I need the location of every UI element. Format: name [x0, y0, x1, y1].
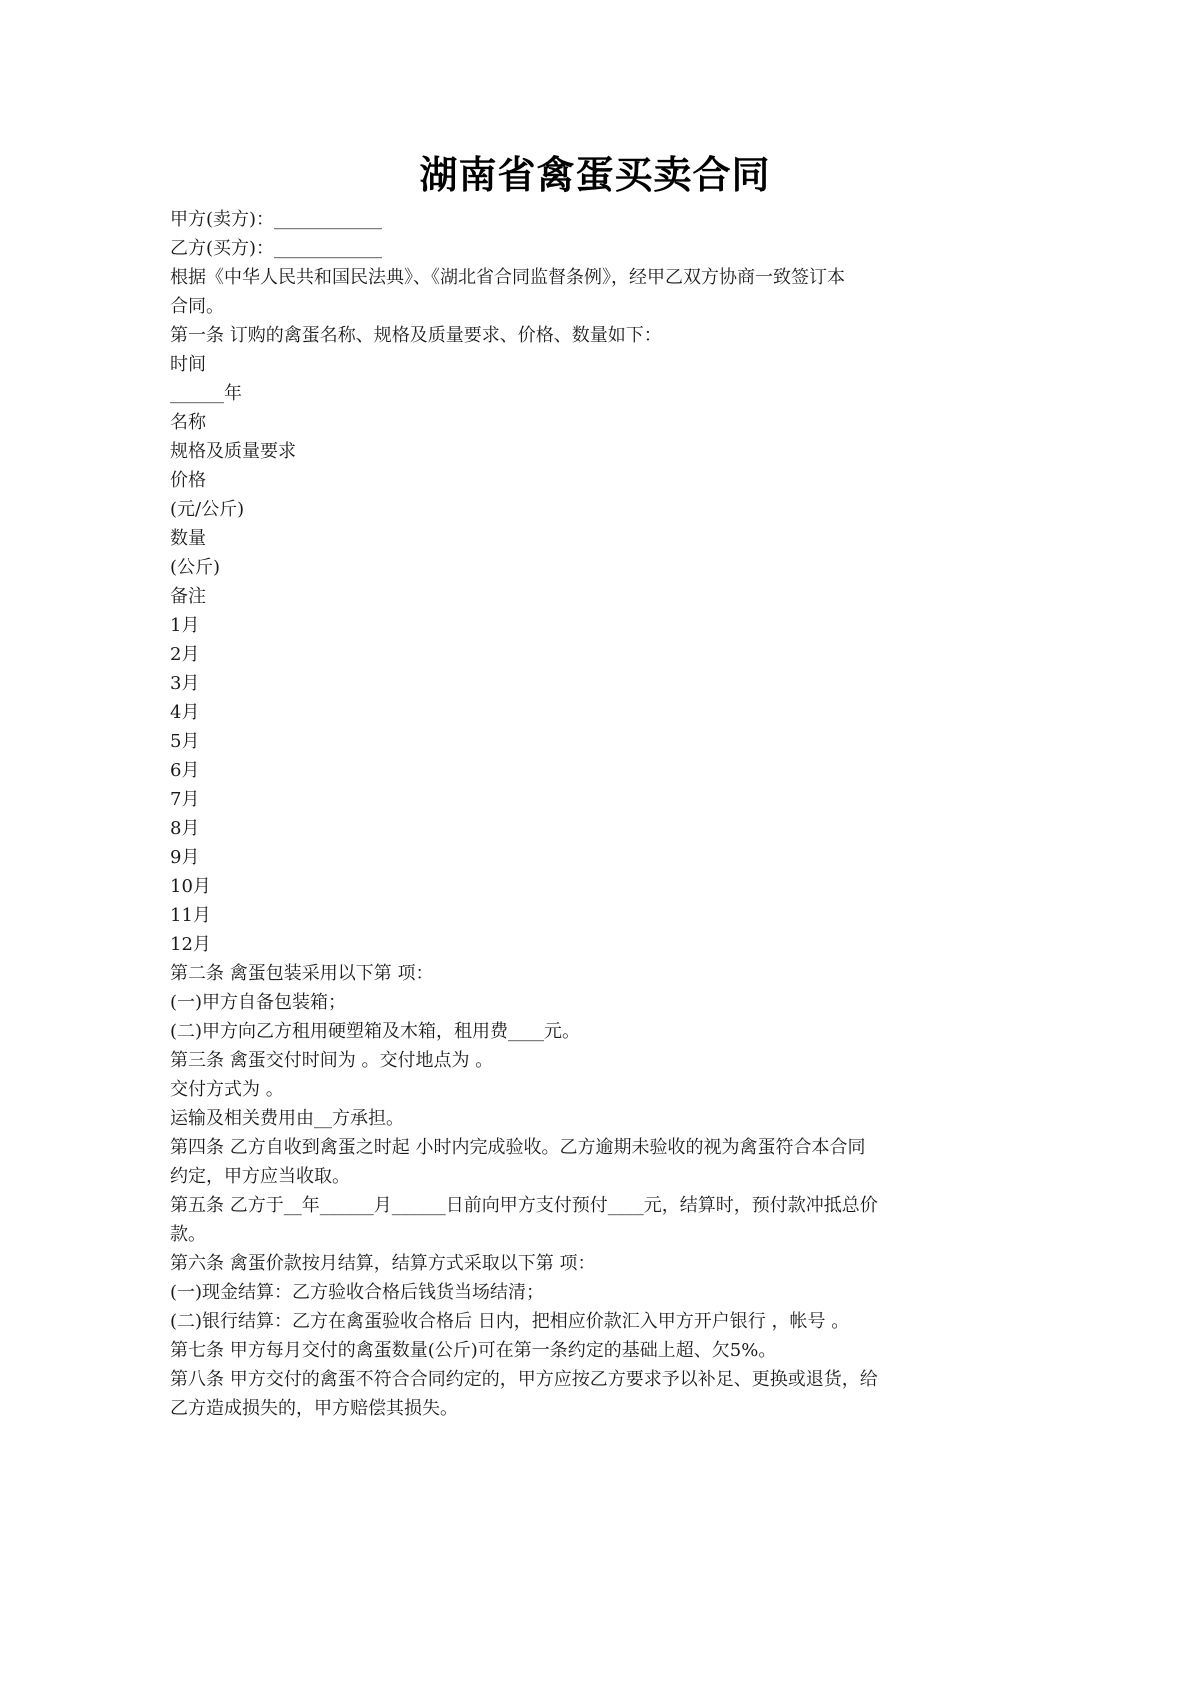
- article-7-text: 第七条 甲方每月交付的禽蛋数量(公斤)可在第一条约定的基础上超、欠5%。: [170, 1336, 950, 1365]
- month-row: 7月: [170, 785, 950, 814]
- article-6-heading: 第六条 禽蛋价款按月结算，结算方式采取以下第 项：: [170, 1249, 950, 1278]
- table-label-remarks: 备注: [170, 582, 950, 611]
- document-body: 甲方(卖方)：____________ 乙方(买方)：____________ …: [170, 205, 950, 1423]
- month-row: 10月: [170, 872, 950, 901]
- article-6-option-2: (二)银行结算：乙方在禽蛋验收合格后 日内，把相应价款汇入甲方开户银行 ，帐号 …: [170, 1307, 950, 1336]
- article-5-text-cont: 款。: [170, 1220, 950, 1249]
- month-row: 2月: [170, 640, 950, 669]
- article-3-text: 第三条 禽蛋交付时间为 。交付地点为 。: [170, 1046, 950, 1075]
- article-8-text-cont: 乙方造成损失的，甲方赔偿其损失。: [170, 1394, 950, 1423]
- month-row: 8月: [170, 814, 950, 843]
- table-label-price: 价格: [170, 466, 950, 495]
- table-label-spec: 规格及质量要求: [170, 437, 950, 466]
- month-row: 12月: [170, 930, 950, 959]
- article-2-heading: 第二条 禽蛋包装采用以下第 项：: [170, 959, 950, 988]
- month-row: 3月: [170, 669, 950, 698]
- article-2-option-1: (一)甲方自备包装箱；: [170, 988, 950, 1017]
- document-title: 湖南省禽蛋买卖合同: [0, 150, 1190, 200]
- article-1-heading: 第一条 订购的禽蛋名称、规格及质量要求、价格、数量如下：: [170, 321, 950, 350]
- article-6-option-1: (一)现金结算：乙方验收合格后钱货当场结清；: [170, 1278, 950, 1307]
- month-row: 4月: [170, 698, 950, 727]
- table-label-quantity-unit: (公斤): [170, 553, 950, 582]
- document-page: 湖南省禽蛋买卖合同 甲方(卖方)：____________ 乙方(买方)：___…: [0, 0, 1190, 1683]
- preamble-line: 根据《中华人民共和国民法典》、《湖北省合同监督条例》，经甲乙双方协商一致签订本: [170, 263, 950, 292]
- table-label-quantity: 数量: [170, 524, 950, 553]
- month-row: 6月: [170, 756, 950, 785]
- table-label-price-unit: (元/公斤): [170, 495, 950, 524]
- table-label-time: 时间: [170, 350, 950, 379]
- article-5-text: 第五条 乙方于__年______月______日前向甲方支付预付____元，结算…: [170, 1191, 950, 1220]
- party-b-line: 乙方(买方)：____________: [170, 234, 950, 263]
- table-label-year: ______年: [170, 379, 950, 408]
- table-label-name: 名称: [170, 408, 950, 437]
- article-4-text: 第四条 乙方自收到禽蛋之时起 小时内完成验收。乙方逾期未验收的视为禽蛋符合本合同: [170, 1133, 950, 1162]
- article-4-text-cont: 约定，甲方应当收取。: [170, 1162, 950, 1191]
- party-a-line: 甲方(卖方)：____________: [170, 205, 950, 234]
- month-row: 5月: [170, 727, 950, 756]
- article-8-text: 第八条 甲方交付的禽蛋不符合合同约定的，甲方应按乙方要求予以补足、更换或退货，给: [170, 1365, 950, 1394]
- preamble-line: 合同。: [170, 292, 950, 321]
- month-row: 1月: [170, 611, 950, 640]
- article-2-option-2: (二)甲方向乙方租用硬塑箱及木箱，租用费____元。: [170, 1017, 950, 1046]
- article-3-delivery-method: 交付方式为 。: [170, 1075, 950, 1104]
- article-3-transport-cost: 运输及相关费用由__方承担。: [170, 1104, 950, 1133]
- month-row: 9月: [170, 843, 950, 872]
- month-row: 11月: [170, 901, 950, 930]
